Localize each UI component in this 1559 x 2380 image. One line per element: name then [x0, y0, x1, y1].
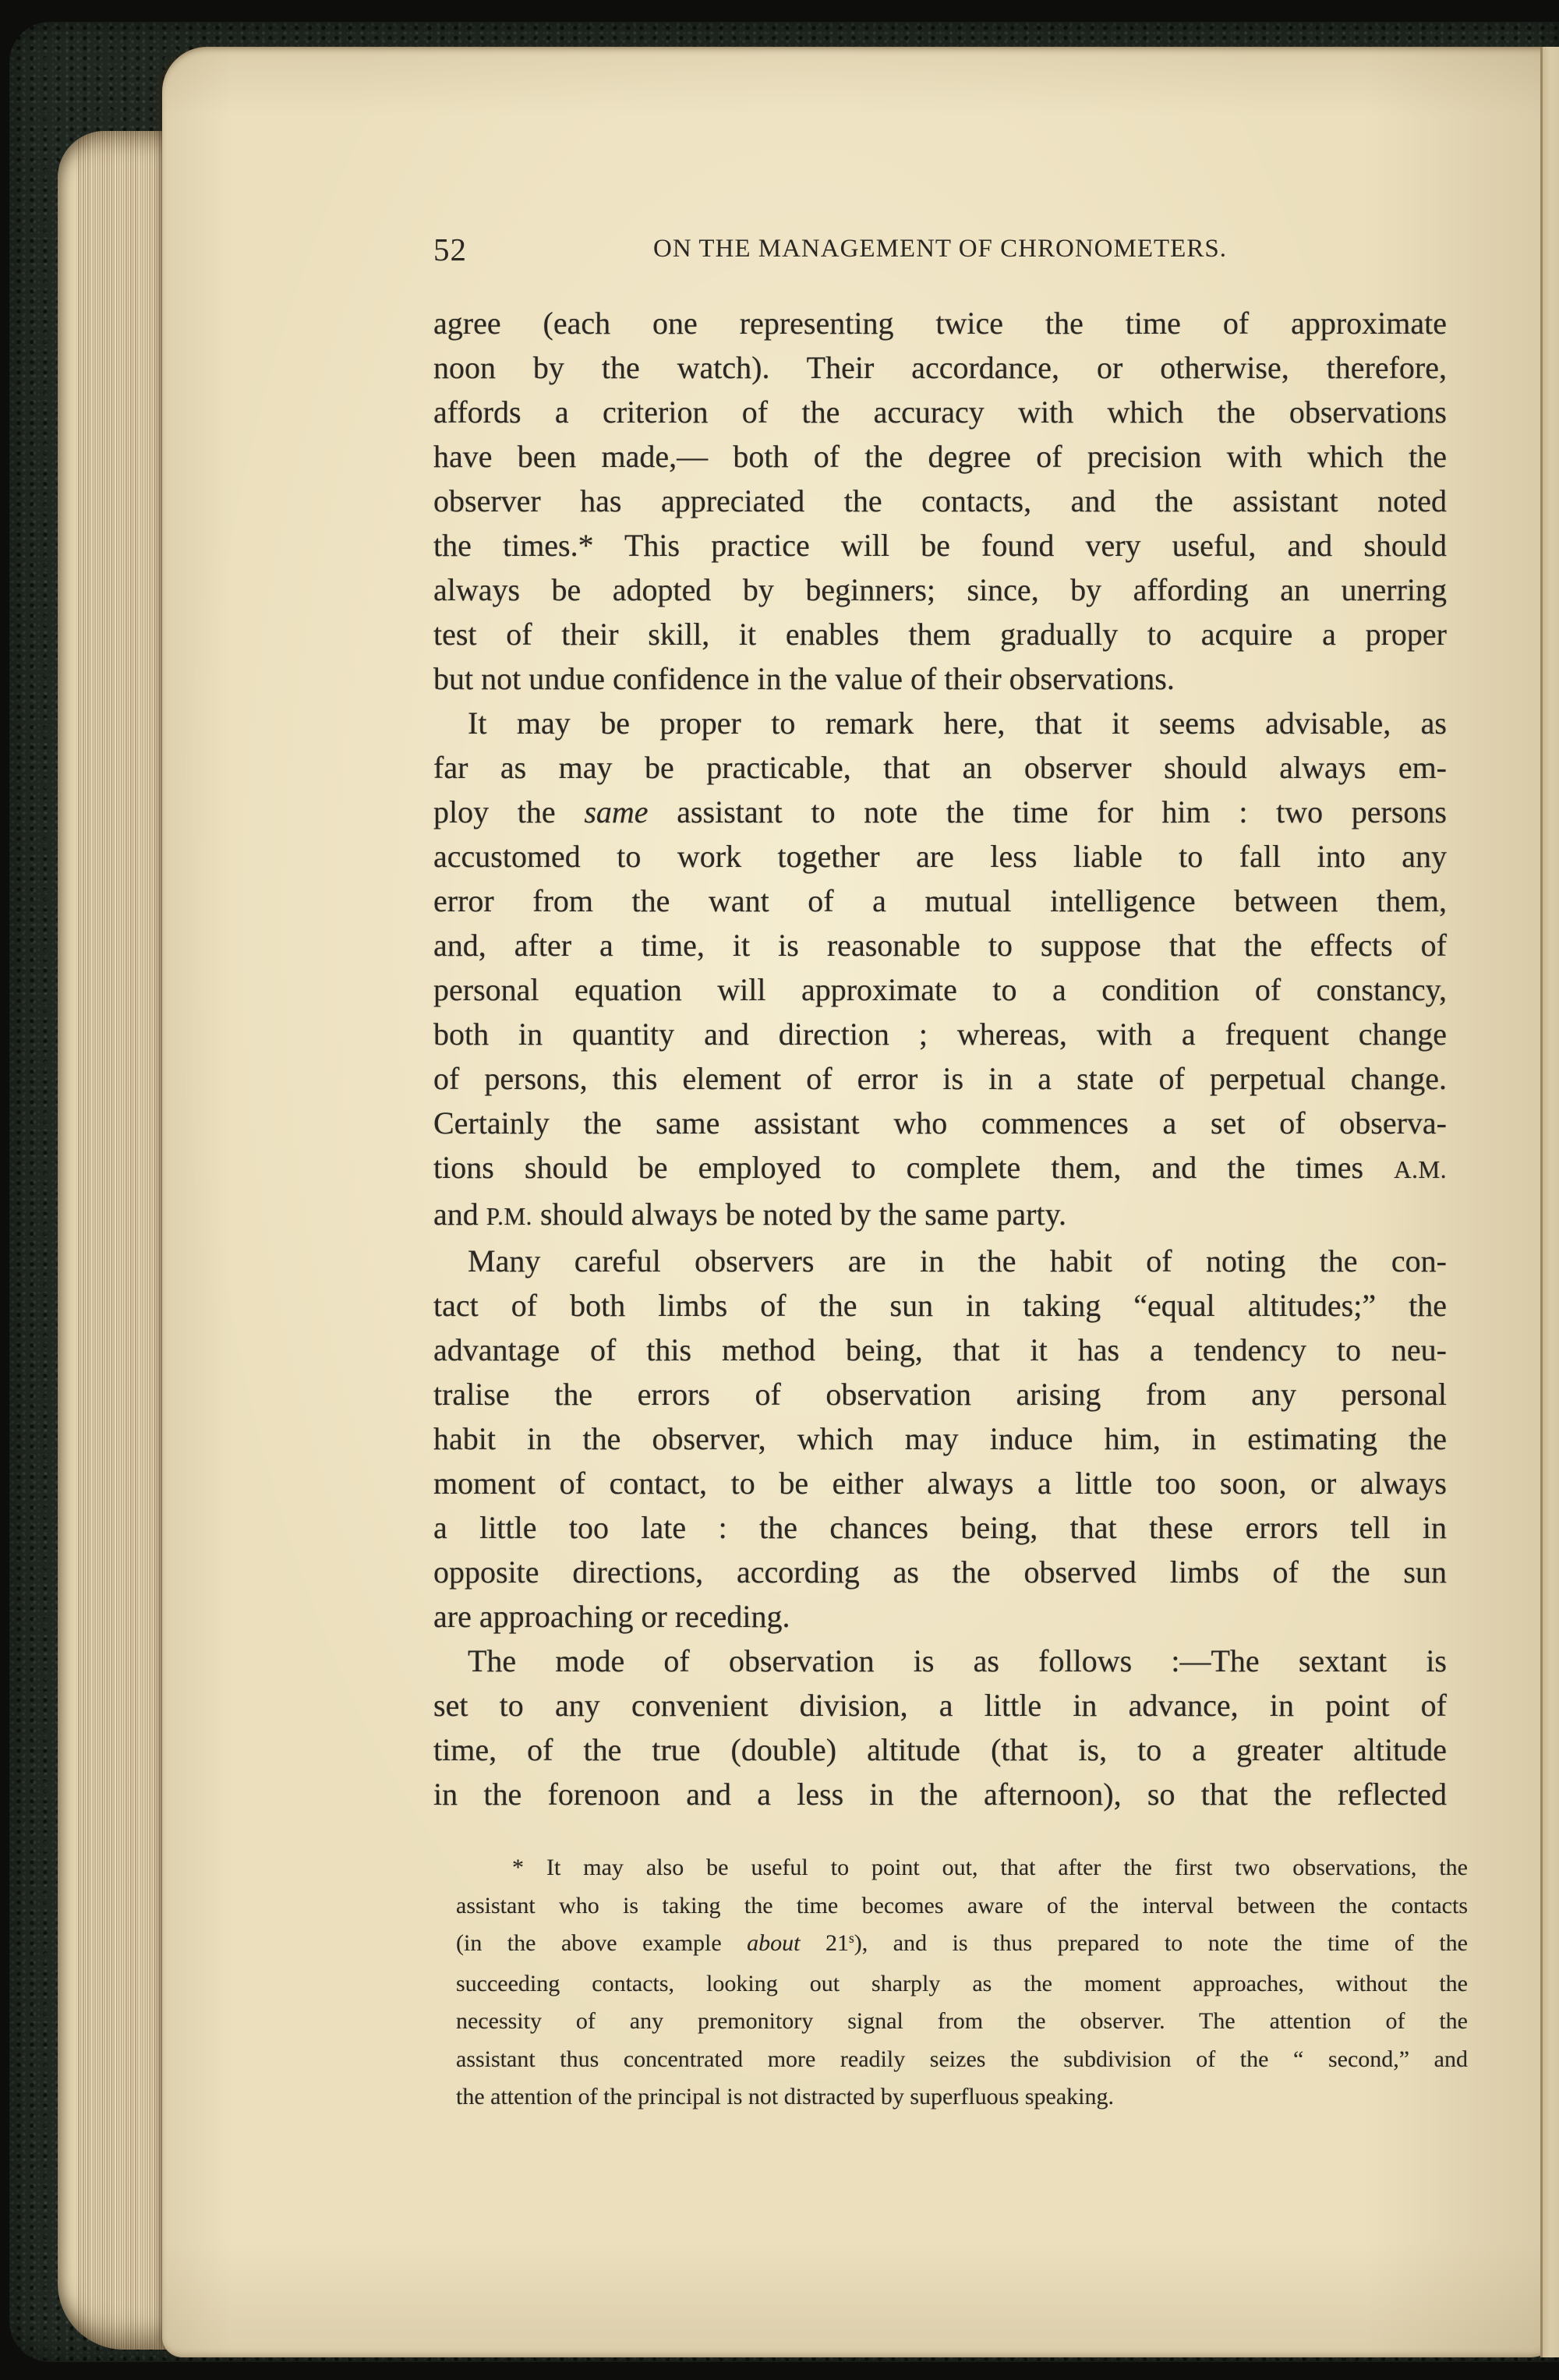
text-line: assistant thus concentrated more readily… [456, 2041, 1468, 2079]
body-text: agree (each one representing twice the t… [433, 301, 1447, 1816]
text-line: are approaching or receding. [433, 1594, 1447, 1639]
text-line: test of their skill, it enables them gra… [433, 612, 1447, 656]
text-line: in the forenoon and a less in the aftern… [433, 1772, 1447, 1816]
paragraph: The mode of observation is as follows :—… [433, 1639, 1447, 1816]
text-line: the times.* This practice will be found … [433, 523, 1447, 568]
text-line: personal equation will approximate to a … [433, 967, 1447, 1012]
text-line: affords a criterion of the accuracy with… [433, 390, 1447, 434]
text-line: habit in the observer, which may induce … [433, 1416, 1447, 1461]
text-line: It may be proper to remark here, that it… [433, 701, 1447, 745]
text-line: tact of both limbs of the sun in taking … [433, 1283, 1447, 1328]
text-line: agree (each one representing twice the t… [433, 301, 1447, 345]
adjacent-page-edge [1540, 47, 1559, 2357]
text-line: have been made,— both of the degree of p… [433, 434, 1447, 479]
text-line: succeeding contacts, looking out sharply… [456, 1965, 1468, 2003]
text-line: but not undue confidence in the value of… [433, 656, 1447, 701]
text-line: always be adopted by beginners; since, b… [433, 568, 1447, 612]
text-line: Certainly the same assistant who commenc… [433, 1101, 1447, 1145]
text-line: error from the want of a mutual intellig… [433, 879, 1447, 923]
text-line: set to any convenient division, a little… [433, 1683, 1447, 1728]
paragraph: It may be proper to remark here, that it… [433, 701, 1447, 1239]
text-line: advantage of this method being, that it … [433, 1328, 1447, 1372]
text-line: accustomed to work together are less lia… [433, 834, 1447, 879]
text-line: * It may also be useful to point out, th… [456, 1849, 1468, 1887]
text-line: (in the above example about 21s), and is… [456, 1925, 1468, 1965]
paragraph: agree (each one representing twice the t… [433, 301, 1447, 701]
text-line: and P.M. should always be noted by the s… [433, 1192, 1447, 1239]
text-line: both in quantity and direction ; whereas… [433, 1012, 1447, 1056]
running-title: ON THE MANAGEMENT OF CHRONOMETERS. [433, 235, 1447, 263]
text-line: a little too late : the chances being, t… [433, 1505, 1447, 1550]
book-photo: 52 ON THE MANAGEMENT OF CHRONOMETERS. ag… [0, 0, 1559, 2380]
text-line: the attention of the principal is not di… [456, 2078, 1468, 2117]
text-line: of persons, this element of error is in … [433, 1056, 1447, 1101]
footnote: * It may also be useful to point out, th… [456, 1849, 1468, 2117]
text-line: and, after a time, it is reasonable to s… [433, 923, 1447, 967]
text-line: time, of the true (double) altitude (tha… [433, 1728, 1447, 1772]
text-line: assistant who is taking the time becomes… [456, 1887, 1468, 1926]
text-line: opposite directions, according as the ob… [433, 1550, 1447, 1594]
text-line: Many careful observers are in the habit … [433, 1239, 1447, 1283]
text-line: tralise the errors of observation arisin… [433, 1372, 1447, 1416]
text-line: far as may be practicable, that an obser… [433, 745, 1447, 790]
text-line: noon by the watch). Their accordance, or… [433, 345, 1447, 390]
text-line: tions should be employed to complete the… [433, 1145, 1447, 1192]
text-line: necessity of any premonitory signal from… [456, 2003, 1468, 2041]
text-line: observer has appreciated the contacts, a… [433, 479, 1447, 523]
text-line: moment of contact, to be either always a… [433, 1461, 1447, 1505]
page-edge-stack [58, 131, 178, 2350]
text-line: The mode of observation is as follows :—… [433, 1639, 1447, 1683]
text-line: ploy the same assistant to note the time… [433, 790, 1447, 834]
paragraph: Many careful observers are in the habit … [433, 1239, 1447, 1639]
